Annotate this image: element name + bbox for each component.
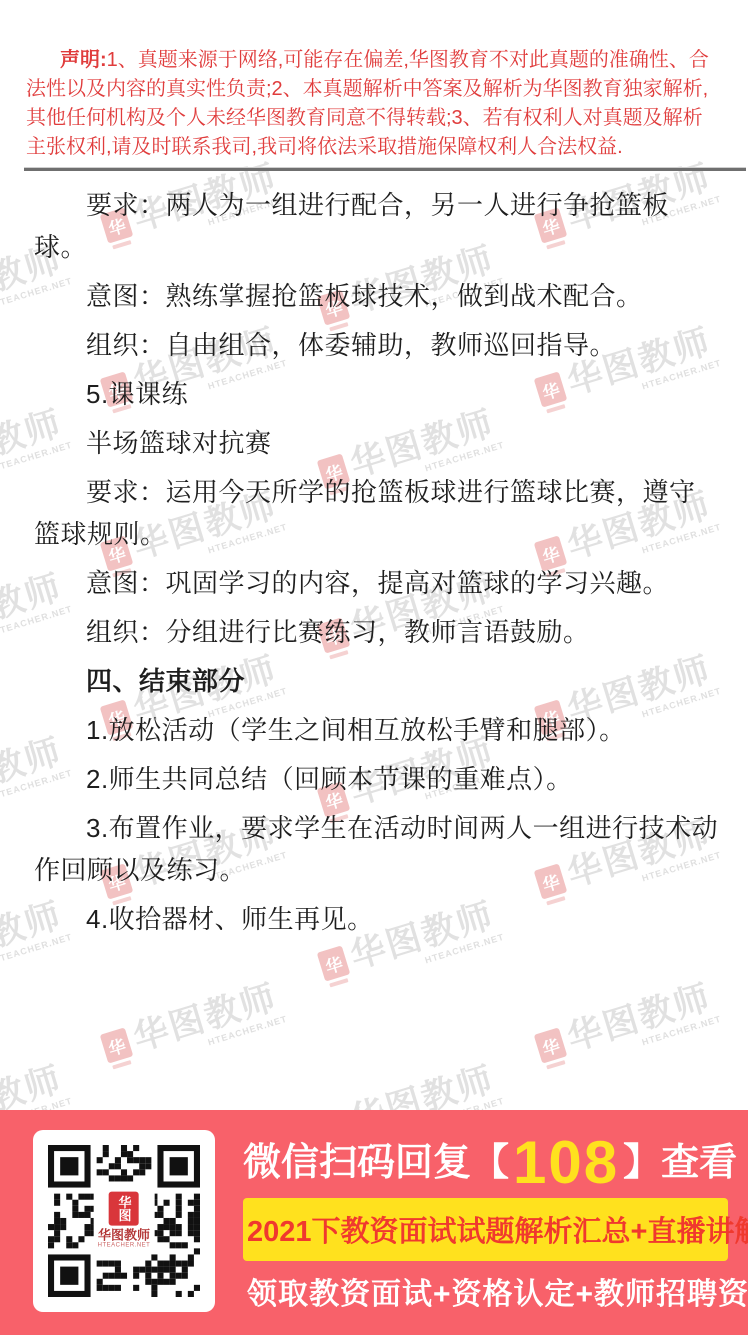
paragraph: 四、结束部分 xyxy=(34,660,720,702)
disclaimer-label: 声明: xyxy=(60,49,107,71)
paragraph: 意图：巩固学习的内容，提高对篮球的学习兴趣。 xyxy=(34,562,720,604)
huatu-logo-icon: 华 xyxy=(534,1027,568,1063)
paragraph: 组织：自由组合，体委辅助，教师巡回指导。 xyxy=(34,324,720,366)
disclaimer: 声明:1、真题来源于网络,可能存在偏差,华图教育不对此真题的准确性、合法性以及内… xyxy=(26,46,722,162)
banner-line1-prefix: 微信扫码回复【 xyxy=(243,1144,509,1182)
watermark: 华华图教师HTEACHER.NET xyxy=(0,1061,66,1110)
paragraph: 1.放松活动（学生之间相互放松手臂和腿部）。 xyxy=(34,709,720,751)
paragraph: 4.收拾器材、师生再见。 xyxy=(34,898,720,940)
banner-line2-highlight: 2021下教资面试试题解析汇总+直播讲解 xyxy=(243,1198,728,1261)
paragraph: 5.课课练 xyxy=(34,373,720,415)
paragraph: 半场篮球对抗赛 xyxy=(34,422,720,464)
paragraph: 3.布置作业，要求学生在活动时间两人一组进行技术动作回顾以及练习。 xyxy=(34,807,720,891)
watermark-brand: 华图教师 xyxy=(563,979,715,1056)
watermark: 华华图教师HTEACHER.NET xyxy=(533,979,715,1065)
disclaimer-text: 1、真题来源于网络,可能存在偏差,华图教育不对此真题的准确性、合法性以及内容的真… xyxy=(26,49,709,158)
qr-domain-text: HTEACHER.NET xyxy=(98,1243,151,1249)
lesson-plan-content: 要求：两人为一组进行配合，另一人进行争抢篮板球。意图：熟练掌握抢篮板球技术，做到… xyxy=(0,171,748,940)
watermark-brand: 华图教师 xyxy=(129,979,281,1056)
promo-banner: 华图 华图教师 HTEACHER.NET 微信扫码回复【 108 】查看 202… xyxy=(0,1110,748,1335)
watermark: 华华图教师HTEACHER.NET xyxy=(316,1061,498,1110)
paragraph: 要求：运用今天所学的抢篮板球进行篮球比赛，遵守篮球规则。 xyxy=(34,471,720,555)
document-page: 华华图教师HTEACHER.NET华华图教师HTEACHER.NET华华图教师H… xyxy=(0,0,748,1335)
paragraph: 组织：分组进行比赛练习，教师言语鼓励。 xyxy=(34,611,720,653)
banner-text: 微信扫码回复【 108 】查看 2021下教资面试试题解析汇总+直播讲解 领取教… xyxy=(243,1130,728,1317)
banner-line1: 微信扫码回复【 108 】查看 xyxy=(243,1136,728,1190)
paragraph: 意图：熟练掌握抢篮板球技术，做到战术配合。 xyxy=(34,275,720,317)
qr-center-logo: 华图 华图教师 HTEACHER.NET xyxy=(94,1189,155,1251)
banner-line1-suffix: 】查看 xyxy=(623,1144,737,1182)
paragraph: 要求：两人为一组进行配合，另一人进行争抢篮板球。 xyxy=(34,184,720,268)
document-body: 声明:1、真题来源于网络,可能存在偏差,华图教育不对此真题的准确性、合法性以及内… xyxy=(0,46,748,940)
huatu-logo-icon: 华 xyxy=(100,1027,134,1063)
banner-line3: 领取教资面试+资格认定+教师招聘资料 xyxy=(243,1269,728,1317)
qr-code: 华图 华图教师 HTEACHER.NET xyxy=(33,1130,215,1312)
watermark: 华华图教师HTEACHER.NET xyxy=(99,979,281,1065)
banner-reply-code: 108 xyxy=(513,1136,619,1190)
qr-brand-text: 华图教师 xyxy=(98,1229,150,1243)
huatu-logo-icon: 华 xyxy=(317,945,351,981)
huatu-logo-icon: 华图 xyxy=(109,1192,139,1226)
paragraph: 2.师生共同总结（回顾本节课的重难点）。 xyxy=(34,758,720,800)
